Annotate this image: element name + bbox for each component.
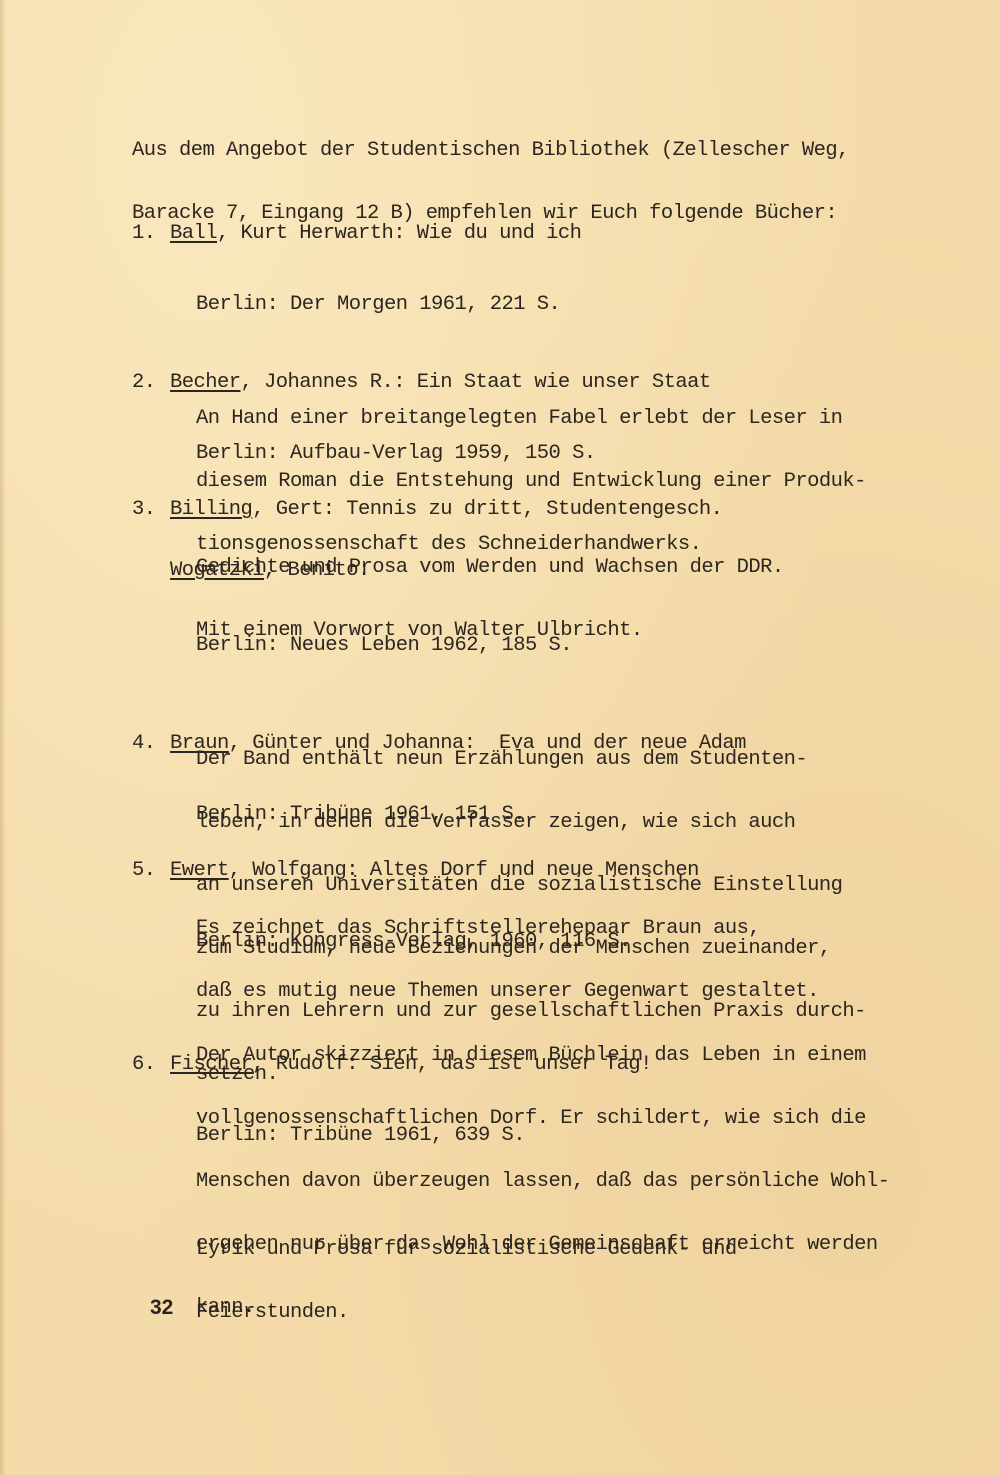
coauthor-line: Wogatzki, Benito: [170, 560, 866, 581]
page-edge-shadow [0, 0, 6, 1475]
page-number: 32 [150, 1296, 173, 1320]
author-surname: Fischer [170, 1053, 252, 1076]
entry-description: Lyrik und Prosa für sozialistische Geden… [196, 1197, 737, 1365]
entry-number: 1. [132, 223, 170, 244]
author-and-title: , Johannes R.: Ein Staat wie unser Staat [241, 371, 711, 394]
entry-heading: 6.Fischer, Rudolf: Sieh, das ist unser T… [132, 1054, 737, 1075]
author-surname: Becher [170, 371, 241, 394]
author-surname: Ball [170, 222, 217, 245]
description-line: Feierstunden. [196, 1302, 737, 1323]
entry-heading: 2.Becher, Johannes R.: Ein Staat wie uns… [132, 372, 784, 393]
entry-number: 3. [132, 499, 170, 520]
entry-heading: 3.Billing, Gert: Tennis zu dritt, Studen… [132, 499, 866, 520]
book-entry-6: 6.Fischer, Rudolf: Sieh, das ist unser T… [132, 1012, 737, 1386]
publication-info: Berlin: Der Morgen 1961, 221 S. [196, 294, 866, 315]
intro-line: Aus dem Angebot der Studentischen Biblio… [132, 140, 849, 161]
description-line: Lyrik und Prosa für sozialistische Geden… [196, 1239, 737, 1260]
entry-number: 5. [132, 860, 170, 881]
author-surname: Ewert [170, 859, 229, 882]
publication-info: Berlin: Neues Leben 1962, 185 S. [196, 635, 866, 656]
entry-heading: 1.Ball, Kurt Herwarth: Wie du und ich [132, 223, 866, 244]
entry-number: 4. [132, 733, 170, 754]
coauthor-rest: , Benito: [264, 559, 370, 582]
coauthor-surname: Wogatzki [170, 559, 264, 582]
entry-heading: 4.Braun, Günter und Johanna: Eva und der… [132, 733, 819, 754]
author-surname: Billing [170, 498, 252, 521]
publication-info: Berlin: Tribüne 1961, 639 S. [196, 1125, 737, 1146]
author-and-title: , Gert: Tennis zu dritt, Studentengesch. [252, 498, 722, 521]
author-and-title: , Kurt Herwarth: Wie du und ich [217, 222, 581, 245]
entry-number: 6. [132, 1054, 170, 1075]
publication-info: Berlin: Kongress-Verlag, 1960, 116 S. [196, 931, 889, 952]
author-and-title: , Rudolf: Sieh, das ist unser Tag! [252, 1053, 652, 1076]
author-surname: Braun [170, 732, 229, 755]
author-and-title: , Wolfgang: Altes Dorf und neue Menschen [229, 859, 699, 882]
entry-number: 2. [132, 372, 170, 393]
author-and-title: , Günter und Johanna: Eva und der neue A… [229, 732, 746, 755]
entry-heading: 5.Ewert, Wolfgang: Altes Dorf und neue M… [132, 860, 889, 881]
